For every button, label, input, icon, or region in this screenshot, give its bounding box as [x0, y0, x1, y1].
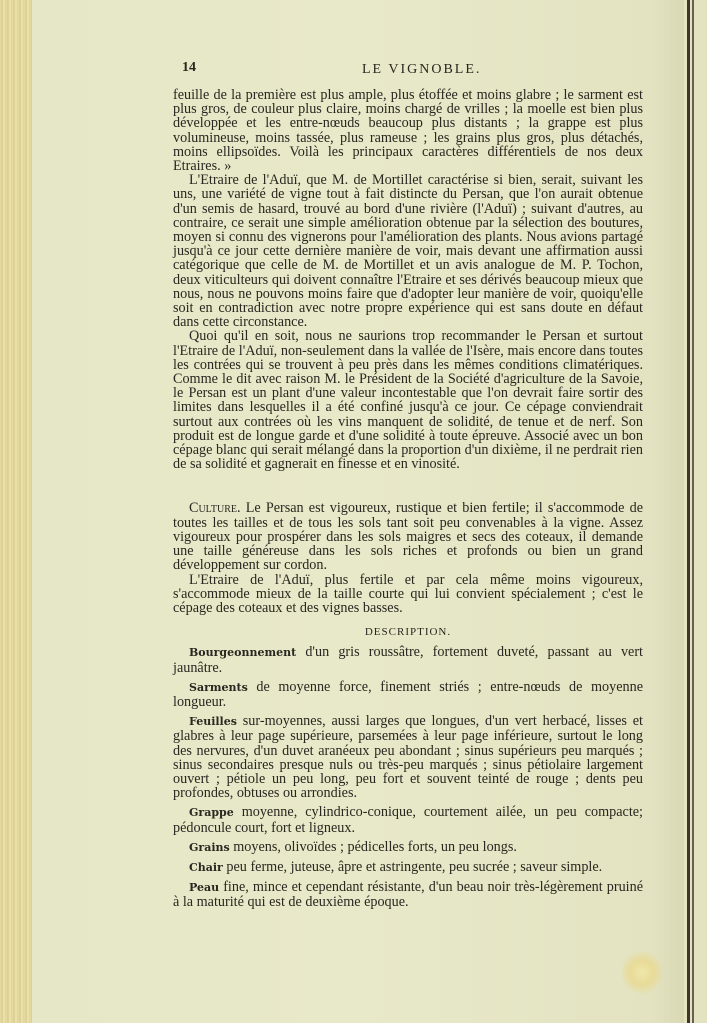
description-text: peu ferme, juteuse, âpre et astringente,… [223, 859, 602, 875]
page-body: feuille de la première est plus ample, p… [173, 88, 643, 910]
binding-edge-line [687, 0, 690, 1023]
binding-edge-line [692, 0, 694, 1023]
description-text: fine, mince et cependant résistante, d'u… [173, 879, 643, 910]
description-term: Feuilles [189, 715, 237, 728]
description-item: Chair peu ferme, juteuse, âpre et astrin… [173, 860, 643, 875]
running-title: LE VIGNOBLE. [362, 62, 481, 78]
page-number: 14 [182, 60, 196, 76]
section-heading: DESCRIPTION. [173, 625, 643, 639]
description-text: moyens, olivoïdes ; pédicelles forts, un… [230, 839, 517, 855]
book-binding [684, 0, 707, 1023]
book-page-edges [0, 0, 32, 1023]
description-term: Peau [189, 881, 219, 894]
description-term: Grappe [189, 806, 234, 819]
culture-paragraph: Culture. Le Persan est vigoureux, rustiq… [173, 501, 643, 572]
page-header: 14 LE VIGNOBLE. [182, 60, 642, 80]
paragraph: L'Etraire de l'Aduï, plus fertile et par… [173, 573, 643, 616]
description-text: sur-moyennes, aussi larges que longues, … [173, 713, 643, 801]
description-item: Bourgeonnement d'un gris roussâtre, fort… [173, 645, 643, 674]
description-item: Peau fine, mince et cependant résistante… [173, 880, 643, 909]
description-term: Grains [189, 841, 230, 854]
description-term: Bourgeonnement [189, 646, 296, 659]
paragraph-text: Le Persan est vigoureux, rustique et bie… [173, 500, 643, 573]
description-term: Sarments [189, 681, 248, 694]
description-text: moyenne, cylindrico-conique, courtement … [173, 804, 643, 835]
description-item: Grains moyens, olivoïdes ; pédicelles fo… [173, 840, 643, 855]
paragraph: Quoi qu'il en soit, nous ne saurions tro… [173, 329, 643, 471]
paragraph: feuille de la première est plus ample, p… [173, 88, 643, 173]
description-item: Feuilles sur-moyennes, aussi larges que … [173, 714, 643, 800]
paragraph: L'Etraire de l'Aduï, que M. de Mortillet… [173, 173, 643, 329]
light-glare [622, 950, 662, 995]
description-item: Sarments de moyenne force, finement stri… [173, 680, 643, 709]
description-term: Chair [189, 861, 223, 874]
description-item: Grappe moyenne, cylindrico-conique, cour… [173, 805, 643, 834]
